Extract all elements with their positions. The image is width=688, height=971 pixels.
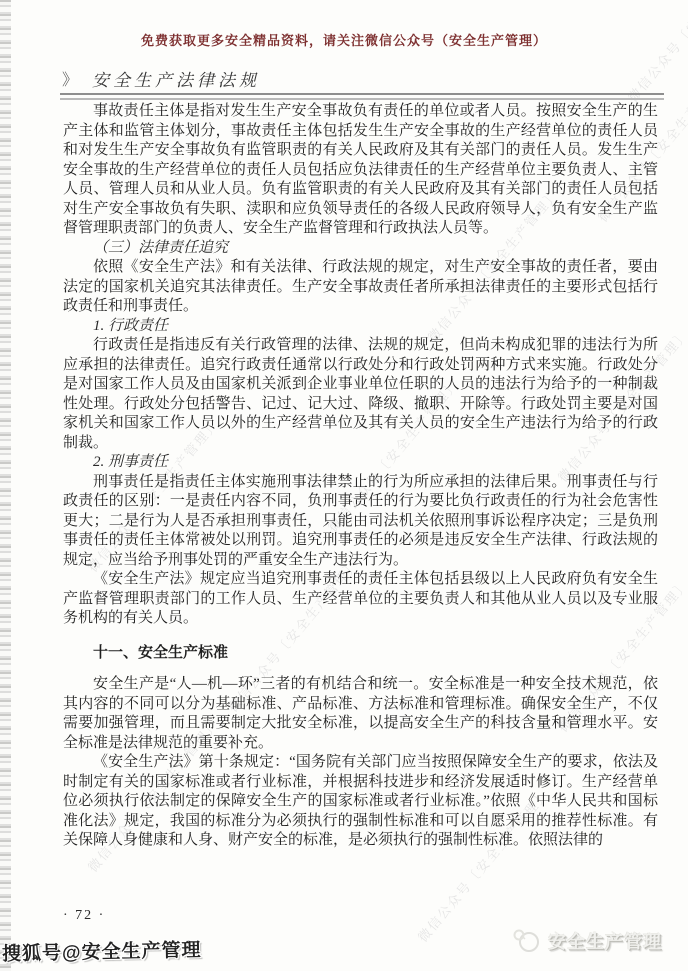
subsection-heading: （三）法律责任追究 (63, 239, 658, 259)
paragraph: 行政责任是指违反有关行政管理的法律、法规的规定，但尚未构成犯罪的违法行为所应承担… (63, 336, 658, 453)
body-text: 事故责任主体是指对发生生产安全事故负有责任的单位或者人员。按照安全生产的生产主体… (63, 102, 658, 851)
section-heading: 十一、安全生产标准 (63, 643, 658, 663)
logo-text: 安全生产管理 (548, 928, 662, 954)
header-double-rule (60, 93, 664, 100)
helmet-logo-icon (512, 928, 542, 954)
double-chevron-icon: 》 (62, 67, 78, 90)
promo-line: 免费获取更多安全精品资料，请关注微信公众号（安全生产管理） (0, 30, 688, 49)
paragraph: 依照《安全生产法》和有关法律、行政法规的规定，对生产安全事故的责任者，要由法定的… (63, 258, 658, 317)
subsection-heading: 2. 刑事责任 (63, 453, 658, 473)
paragraph: 事故责任主体是指对发生生产安全事故负有责任的单位或者人员。按照安全生产的生产主体… (63, 102, 658, 239)
running-header: 》 安全生产法律法规 (62, 66, 260, 91)
sohu-account-watermark: 搜狐号@安全生产管理 (2, 935, 202, 966)
chapter-title: 安全生产法律法规 (92, 66, 260, 91)
scan-binding-edge (0, 0, 11, 971)
publisher-logo-badge: 安全生产管理 (512, 928, 662, 954)
scanned-document-page: 微信公众号〔安全生产管理〕 微信公众号〔安全生产管理〕 微信公众号〔安全生产管理… (0, 0, 688, 971)
subsection-heading: 1. 行政责任 (63, 317, 658, 337)
diagonal-watermark: 微信公众号〔安全生产管理〕 (623, 0, 688, 106)
paragraph: 《安全生产法》规定应当追究刑事责任的责任主体包括县级以上人民政府负有安全生产监督… (63, 570, 658, 629)
paragraph: 刑事责任是指责任主体实施刑事法律禁止的行为所应承担的法律后果。刑事责任与行政责任… (63, 473, 658, 571)
paragraph: 《安全生产法》第十条规定：“国务院有关部门应当按照保障安全生产的要求，依法及时制… (63, 753, 658, 851)
page-number: · 72 · (63, 908, 105, 924)
paragraph: 安全生产是“人—机—环”三者的有机结合和统一。安全标准是一种安全技术规范，依其内… (63, 675, 658, 753)
